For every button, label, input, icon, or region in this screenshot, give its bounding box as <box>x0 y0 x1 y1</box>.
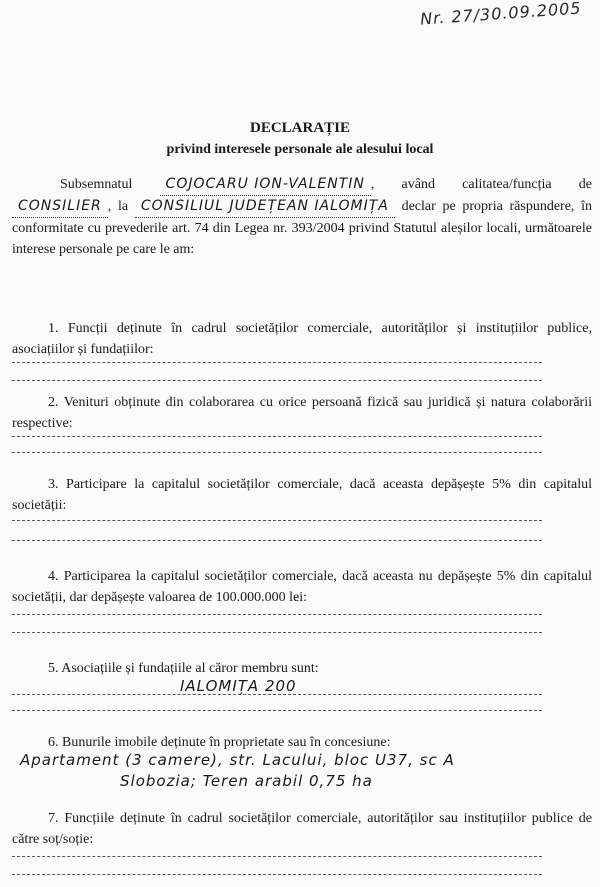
answer-line <box>12 380 542 381</box>
declarant-council: CONSILIUL JUDEȚEAN IALOMIȚA <box>135 196 395 218</box>
intro-paragraph: Subsemnatul COJOCARU ION-VALENTIN, având… <box>12 174 592 260</box>
property-answer-line-1: Apartament (3 camere), str. Lacului, blo… <box>20 751 455 769</box>
answer-line <box>12 632 542 633</box>
answer-line <box>12 856 542 857</box>
section-6: 6. Bunurile imobile deținute în propriet… <box>12 732 592 753</box>
declarant-role: CONSILIER <box>12 196 108 218</box>
answer-line <box>12 452 542 453</box>
section-7: 7. Funcțiile deținute în cadrul societăț… <box>12 808 592 850</box>
declarant-name: COJOCARU ION-VALENTIN <box>160 174 371 196</box>
section-3: 3. Participare la capitalul societăților… <box>12 474 592 516</box>
section-5: 5. Asociațiile și fundațiile al căror me… <box>12 658 592 679</box>
section-2: 2. Venituri obținute din colaborarea cu … <box>12 392 592 434</box>
answer-line <box>12 614 542 615</box>
document-title: DECLARAȚIE <box>0 120 600 137</box>
document-subtitle: privind interesele personale ale alesulu… <box>0 142 600 158</box>
associations-answer: IALOMIȚA 200 <box>180 677 297 695</box>
answer-line <box>12 874 542 875</box>
property-answer-line-2: Slobozia; Teren arabil 0,75 ha <box>120 772 373 790</box>
answer-line <box>12 520 542 521</box>
answer-line <box>12 710 542 711</box>
section-4: 4. Participarea la capitalul societățilo… <box>12 566 592 608</box>
declaration-page: Nr. 27/30.09.2005 DECLARAȚIE privind int… <box>0 0 600 887</box>
answer-line <box>12 694 542 695</box>
answer-line <box>12 436 542 437</box>
answer-line <box>12 540 542 541</box>
answer-line <box>12 362 542 363</box>
section-1: 1. Funcții deținute în cadrul societățil… <box>12 318 592 360</box>
reference-number: Nr. 27/30.09.2005 <box>420 0 583 29</box>
